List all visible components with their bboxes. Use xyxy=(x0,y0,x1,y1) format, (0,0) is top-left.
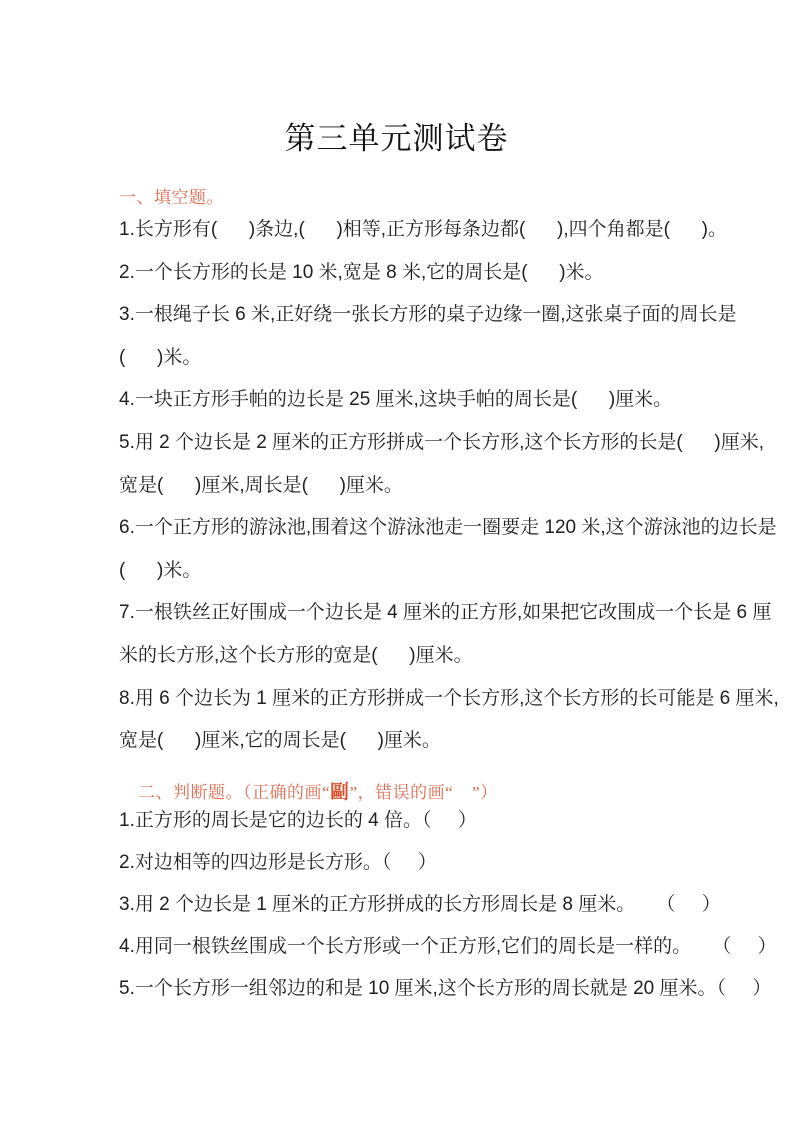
worksheet-page: 第三单元测试卷 一、填空题。 1.长方形有( )条边,( )相等,正方形每条边都… xyxy=(0,0,793,1122)
question-line: 8.用 6 个边长为 1 厘米的正方形拼成一个长方形,这个长方形的长可能是 6 … xyxy=(119,678,779,721)
fill-in-blanks-section: 1.长方形有( )条边,( )相等,正方形每条边都( ),四个角都是( )。 2… xyxy=(119,209,779,763)
question-line: 2.一个长方形的长是 10 米,宽是 8 米,它的周长是( )米。 xyxy=(119,252,779,295)
question-line-continuation: ( )米。 xyxy=(119,550,779,593)
question-line-continuation: 米的长方形,这个长方形的宽是( )厘米。 xyxy=(119,635,779,678)
judgement-line: 1.正方形的周长是它的边长的 4 倍。（ ） xyxy=(119,800,777,842)
judgement-line: 3.用 2 个边长是 1 厘米的正方形拼成的长方形周长是 8 厘米。 （ ） xyxy=(119,884,777,926)
question-line: 7.一根铁丝正好围成一个边长是 4 厘米的正方形,如果把它改围成一个长是 6 厘 xyxy=(119,592,779,635)
question-line-continuation: ( )米。 xyxy=(119,337,779,380)
question-line: 4.一块正方形手帕的边长是 25 厘米,这块手帕的周长是( )厘米。 xyxy=(119,379,779,422)
question-line-continuation: 宽是( )厘米,周长是( )厘米。 xyxy=(119,465,779,508)
judgement-line: 4.用同一根铁丝围成一个长方形或一个正方形,它们的周长是一样的。 （ ） xyxy=(119,926,777,968)
page-title: 第三单元测试卷 xyxy=(0,113,793,158)
question-line: 3.一根绳子长 6 米,正好绕一张长方形的桌子边缘一圈,这张桌子面的周长是 xyxy=(119,294,779,337)
question-line: 5.用 2 个边长是 2 厘米的正方形拼成一个长方形,这个长方形的长是( )厘米… xyxy=(119,422,779,465)
true-false-section: 1.正方形的周长是它的边长的 4 倍。（ ） 2.对边相等的四边形是长方形。（ … xyxy=(119,800,777,1010)
question-line: 1.长方形有( )条边,( )相等,正方形每条边都( ),四个角都是( )。 xyxy=(119,209,779,252)
judgement-line: 5.一个长方形一组邻边的和是 10 厘米,这个长方形的周长就是 20 厘米。（ … xyxy=(119,968,777,1010)
judgement-line: 2.对边相等的四边形是长方形。（ ） xyxy=(119,842,777,884)
section-heading-fill-in-blanks: 一、填空题。 xyxy=(119,183,224,208)
question-line: 6.一个正方形的游泳池,围着这个游泳池走一圈要走 120 米,这个游泳池的边长是 xyxy=(119,507,779,550)
